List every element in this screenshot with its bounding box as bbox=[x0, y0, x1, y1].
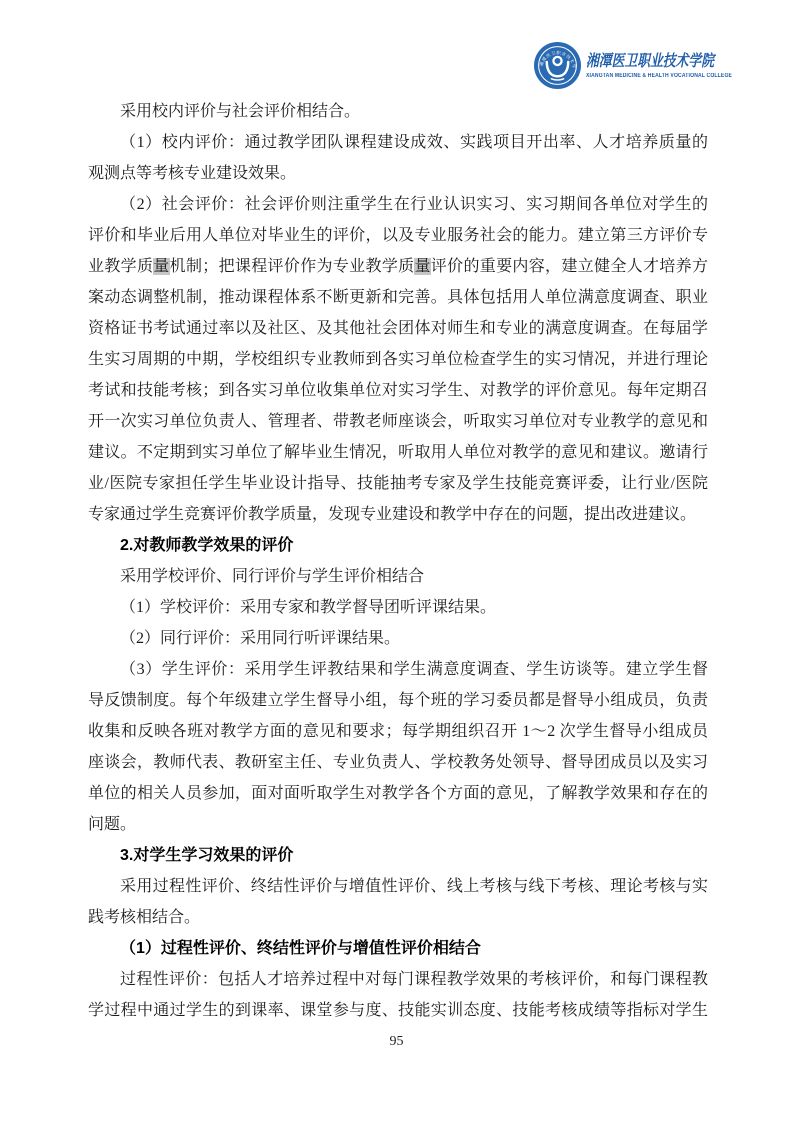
text-line: 资格证书考试通过率以及社区、及其他社会团体对师生和专业的满意度调查。在每届学 bbox=[88, 313, 708, 344]
text-segment: 建议。不定期到实习单位了解毕业生情况，听取用人单位对教学的意见和建议。邀请行 bbox=[88, 444, 708, 461]
text-line: 专家通过学生竞赛评价教学质量，发现专业建设和教学中存在的问题，提出改进建议。 bbox=[88, 499, 708, 530]
text-segment: （1）校内评价：通过教学团队课程建设成效、实践项目开出率、人才培养质量的 bbox=[120, 134, 708, 151]
text-line: 建议。不定期到实习单位了解毕业生情况，听取用人单位对教学的意见和建议。邀请行 bbox=[88, 437, 708, 468]
text-line: 开一次实习单位负责人、管理者、带教老师座谈会，听取实习单位对专业教学的意见和 bbox=[88, 406, 708, 437]
text-line: （1）学校评价：采用专家和教学督导团听评课结果。 bbox=[88, 592, 708, 623]
text-segment: 评价和毕业后用人单位对毕业生的评价，以及专业服务社会的能力。建立第三方评价专 bbox=[88, 227, 708, 244]
college-logo: 湘潭医卫职业技术学院 湘潭医卫职业技术学院 XIANGTAN MEDICINE … bbox=[534, 42, 718, 89]
text-line: 践考核相结合。 bbox=[88, 902, 708, 933]
text-segment: 评价的重要内容，建立健全人才培养方 bbox=[431, 258, 708, 275]
text-segment: （3）学生评价：采用学生评教结果和学生满意度调查、学生访谈等。建立学生督 bbox=[120, 661, 708, 678]
text-segment: 考试和技能考核；到各实习单位收集单位对实习学生、对教学的评价意见。每年定期召 bbox=[88, 382, 708, 399]
text-segment: 采用校内评价与社会评价相结合。 bbox=[120, 103, 360, 120]
text-segment: 2.对教师教学效果的评价 bbox=[120, 537, 293, 554]
text-line: 采用学校评价、同行评价与学生评价相结合 bbox=[88, 561, 708, 592]
text-segment: （2）同行评价：采用同行听评课结果。 bbox=[120, 630, 400, 647]
text-line: 业/医院专家担任学生毕业设计指导、技能抽考专家及学生技能竞赛评委，让行业/医院 bbox=[88, 468, 708, 499]
text-line: 过程性评价：包括人才培养过程中对每门课程教学效果的考核评价，和每门课程教 bbox=[88, 964, 708, 995]
highlighted-text-segment: 量 bbox=[414, 258, 430, 275]
text-segment: （1）学校评价：采用专家和教学督导团听评课结果。 bbox=[120, 599, 496, 616]
text-line: 观测点等考核专业建设效果。 bbox=[88, 158, 708, 189]
text-line: 导反馈制度。每个年级建立学生督导小组，每个班的学习委员都是督导小组成员，负责 bbox=[88, 685, 708, 716]
text-segment: 座谈会，教师代表、教研室主任、专业负责人、学校教务处领导、督导团成员以及实习 bbox=[88, 754, 708, 771]
text-segment: 资格证书考试通过率以及社区、及其他社会团体对师生和专业的满意度调查。在每届学 bbox=[88, 320, 708, 337]
text-line: 生实习周期的中期，学校组织专业教师到各实习单位检查学生的实习情况，并进行理论 bbox=[88, 344, 708, 375]
text-line: 评价和毕业后用人单位对毕业生的评价，以及专业服务社会的能力。建立第三方评价专 bbox=[88, 220, 708, 251]
text-line: 采用校内评价与社会评价相结合。 bbox=[88, 96, 708, 127]
text-line: （3）学生评价：采用学生评教结果和学生满意度调查、学生访谈等。建立学生督 bbox=[88, 654, 708, 685]
text-segment: 观测点等考核专业建设效果。 bbox=[88, 165, 296, 182]
text-segment: 开一次实习单位负责人、管理者、带教老师座谈会，听取实习单位对专业教学的意见和 bbox=[88, 413, 708, 430]
text-segment: 导反馈制度。每个年级建立学生督导小组，每个班的学习委员都是督导小组成员，负责 bbox=[88, 692, 708, 709]
text-segment: 采用过程性评价、终结性评价与增值性评价、线上考核与线下考核、理论考核与实 bbox=[120, 878, 708, 895]
text-line: （2）同行评价：采用同行听评课结果。 bbox=[88, 623, 708, 654]
text-segment: 机制；把课程评价作为专业教学质 bbox=[170, 258, 415, 275]
text-segment: （1）过程性评价、终结性评价与增值性评价相结合 bbox=[120, 940, 481, 957]
text-segment: 问题。 bbox=[88, 816, 136, 833]
page-number: 95 bbox=[0, 1034, 793, 1050]
text-segment: 3.对学生学习效果的评价 bbox=[120, 847, 293, 864]
text-line: 业教学质量机制；把课程评价作为专业教学质量评价的重要内容，建立健全人才培养方 bbox=[88, 251, 708, 282]
text-segment: 单位的相关人员参加，面对面听取学生对教学各个方面的意见，了解教学效果和存在的 bbox=[88, 785, 708, 802]
college-name-en: XIANGTAN MEDICINE & HEALTH VOCATIONAL CO… bbox=[586, 73, 697, 79]
heading-line: （1）过程性评价、终结性评价与增值性评价相结合 bbox=[88, 933, 708, 964]
heading-line: 3.对学生学习效果的评价 bbox=[88, 840, 708, 871]
text-line: 座谈会，教师代表、教研室主任、专业负责人、学校教务处领导、督导团成员以及实习 bbox=[88, 747, 708, 778]
highlighted-text-segment: 量 bbox=[153, 258, 169, 275]
text-line: 问题。 bbox=[88, 809, 708, 840]
text-line: 案动态调整机制，推动课程体系不断更新和完善。具体包括用人单位满意度调查、职业 bbox=[88, 282, 708, 313]
text-line: 考试和技能考核；到各实习单位收集单位对实习学生、对教学的评价意见。每年定期召 bbox=[88, 375, 708, 406]
college-name-block: 湘潭医卫职业技术学院 XIANGTAN MEDICINE & HEALTH VO… bbox=[586, 52, 718, 79]
college-name-zh: 湘潭医卫职业技术学院 bbox=[586, 52, 692, 72]
text-segment: 践考核相结合。 bbox=[88, 909, 200, 926]
text-line: 采用过程性评价、终结性评价与增值性评价、线上考核与线下考核、理论考核与实 bbox=[88, 871, 708, 902]
text-segment: 过程性评价：包括人才培养过程中对每门课程教学效果的考核评价，和每门课程教 bbox=[120, 971, 708, 988]
college-emblem-icon: 湘潭医卫职业技术学院 bbox=[534, 42, 581, 89]
text-segment: 采用学校评价、同行评价与学生评价相结合 bbox=[120, 568, 424, 585]
text-segment: 收集和反映各班对教学方面的意见和要求；每学期组织召开 1～2 次学生督导小组成员 bbox=[88, 723, 708, 740]
heading-line: 2.对教师教学效果的评价 bbox=[88, 530, 708, 561]
text-segment: 案动态调整机制，推动课程体系不断更新和完善。具体包括用人单位满意度调查、职业 bbox=[88, 289, 708, 306]
text-line: （1）校内评价：通过教学团队课程建设成效、实践项目开出率、人才培养质量的 bbox=[88, 127, 708, 158]
text-line: 收集和反映各班对教学方面的意见和要求；每学期组织召开 1～2 次学生督导小组成员 bbox=[88, 716, 708, 747]
text-line: 单位的相关人员参加，面对面听取学生对教学各个方面的意见，了解教学效果和存在的 bbox=[88, 778, 708, 809]
document-page: 湘潭医卫职业技术学院 湘潭医卫职业技术学院 XIANGTAN MEDICINE … bbox=[0, 0, 793, 1122]
text-segment: 业/医院专家担任学生毕业设计指导、技能抽考专家及学生技能竞赛评委，让行业/医院 bbox=[88, 475, 708, 492]
text-line: 学过程中通过学生的到课率、课堂参与度、技能实训态度、技能考核成绩等指标对学生 bbox=[88, 995, 708, 1026]
text-segment: 学过程中通过学生的到课率、课堂参与度、技能实训态度、技能考核成绩等指标对学生 bbox=[88, 1002, 708, 1019]
text-segment: 生实习周期的中期，学校组织专业教师到各实习单位检查学生的实习情况，并进行理论 bbox=[88, 351, 708, 368]
text-segment: （2）社会评价：社会评价则注重学生在行业认识实习、实习期间各单位对学生的 bbox=[120, 196, 708, 213]
document-body: 采用校内评价与社会评价相结合。（1）校内评价：通过教学团队课程建设成效、实践项目… bbox=[88, 96, 708, 1026]
text-segment: 业教学质 bbox=[88, 258, 153, 275]
text-segment: 专家通过学生竞赛评价教学质量，发现专业建设和教学中存在的问题，提出改进建议。 bbox=[88, 506, 696, 523]
text-line: （2）社会评价：社会评价则注重学生在行业认识实习、实习期间各单位对学生的 bbox=[88, 189, 708, 220]
